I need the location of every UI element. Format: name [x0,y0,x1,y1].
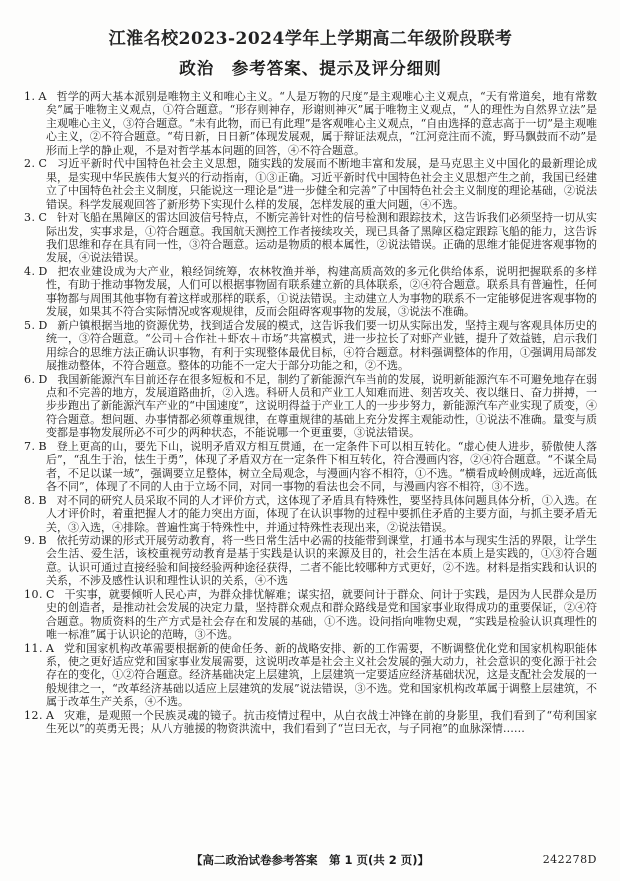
answer-item-5: 5.D新户镇根据当地的资源优势，找到适合发展的模式，这告诉我们要一切从实际出发，… [24,319,597,373]
answer-letter: D [39,373,48,386]
answer-item-10: 10.C干实事，就要倾听人民心声，为群众排忧解难；谋实招，就要问计于群众、问计于… [24,588,597,642]
answer-text: 我国新能源汽车目前还存在很多短板和不足，制约了新能源汽车当前的发展，说明新能源汽… [46,373,597,440]
answers-list: 1.A哲学的两大基本派别是唯物主义和唯心主义。“人是万物的尺度”是主观唯心主义观… [24,90,597,736]
answer-number: 10. [24,588,43,601]
answer-text: 哲学的两大基本派别是唯物主义和唯心主义。“人是万物的尺度”是主观唯心主义观点，“… [46,90,597,157]
answer-text: 灾难，是观照一个民族灵魂的镜子。抗击疫情过程中，从白衣战士冲锋在前的身影里，我们… [46,709,597,735]
answer-item-6: 6.D我国新能源汽车目前还存在很多短板和不足，制约了新能源汽车当前的发展，说明新… [24,373,597,440]
answer-text: 习近平新时代中国特色社会主义思想，随实践的发展而不断地丰富和发展，是马克思主义中… [46,157,597,210]
answer-item-2: 2.C习近平新时代中国特色社会主义思想，随实践的发展而不断地丰富和发展，是马克思… [24,157,597,211]
answer-number: 7. [24,440,36,453]
answer-item-11: 11.A党和国家机构改革需要根据新的使命任务、新的战略安排、新的工作需要，不断调… [24,642,597,709]
paper-code: 242278D [543,853,597,866]
answer-text: 新户镇根据当地的资源优势，找到适合发展的模式，这告诉我们要一切从实际出发，坚持主… [46,319,597,372]
answer-letter: D [39,265,48,278]
answer-letter: B [39,494,47,507]
answer-item-3: 3.C针对飞船在黑障区的雷达回波信号特点，不断完善针对性的信号检测和跟踪技术，这… [24,211,597,265]
answer-text: 对不同的研究人员采取不同的人才评价方式，这体现了矛盾具有特殊性，要坚持具体问题具… [46,494,597,534]
answer-number: 9. [24,534,36,547]
answer-text: 干实事，就要倾听人民心声，为群众排忧解难；谋实招，就要问计于群众、问计于实践，是… [46,588,597,641]
answer-item-4: 4.D把农业建设成为大产业，粮经饲统筹，农林牧渔并举，构建高质高效的多元化供给体… [24,265,597,319]
answer-number: 6. [24,373,36,386]
answer-letter: D [39,319,48,332]
exam-answer-page: 江淮名校2023-2024学年上学期高二年级阶段联考 政治 参考答案、提示及评分… [0,0,620,881]
answer-letter: B [39,440,47,453]
answer-number: 5. [24,319,36,332]
footer-label: 【高二政治试卷参考答案 第 1 页(共 2 页)】 [0,852,620,868]
answer-letter: B [39,534,47,547]
answer-number: 3. [24,211,36,224]
answer-letter: C [46,588,54,601]
answer-item-7: 7.B登上更高的山，要先下山，说明矛盾双方相互贯通，在一定条件下可以相互转化。“… [24,440,597,494]
answer-number: 4. [24,265,36,278]
answer-number: 2. [24,157,36,170]
answer-item-8: 8.B对不同的研究人员采取不同的人才评价方式，这体现了矛盾具有特殊性，要坚持具体… [24,494,597,534]
answer-text: 登上更高的山，要先下山，说明矛盾双方相互贯通，在一定条件下可以相互转化。“虚心使… [46,440,597,493]
page-subtitle: 政治 参考答案、提示及评分细则 [24,55,597,79]
page-title: 江淮名校2023-2024学年上学期高二年级阶段联考 [24,24,597,49]
answer-text: 依托劳动课的形式开展劳动教育，将一些日常生活中必需的技能带到课堂，打通书本与现实… [46,534,597,587]
answer-item-9: 9.B依托劳动课的形式开展劳动教育，将一些日常生活中必需的技能带到课堂，打通书本… [24,534,597,588]
answer-letter: A [46,642,54,655]
answer-text: 针对飞船在黑障区的雷达回波信号特点，不断完善针对性的信号检测和跟踪技术，这告诉我… [46,211,597,264]
page-footer: 【高二政治试卷参考答案 第 1 页(共 2 页)】 242278D [0,852,620,868]
answer-letter: C [39,157,47,170]
answer-letter: C [39,211,47,224]
answer-number: 12. [24,709,43,722]
answer-item-12: 12.A灾难，是观照一个民族灵魂的镜子。抗击疫情过程中，从白衣战士冲锋在前的身影… [24,709,597,736]
answer-letter: A [46,709,54,722]
answer-text: 党和国家机构改革需要根据新的使命任务、新的战略安排、新的工作需要，不断调整优化党… [46,642,597,709]
answer-number: 1. [24,90,36,103]
answer-number: 11. [24,642,43,655]
answer-number: 8. [24,494,36,507]
answer-letter: A [39,90,47,103]
answer-item-1: 1.A哲学的两大基本派别是唯物主义和唯心主义。“人是万物的尺度”是主观唯心主义观… [24,90,597,157]
answer-text: 把农业建设成为大产业，粮经饲统筹，农林牧渔并举，构建高质高效的多元化供给体系，说… [46,265,597,318]
